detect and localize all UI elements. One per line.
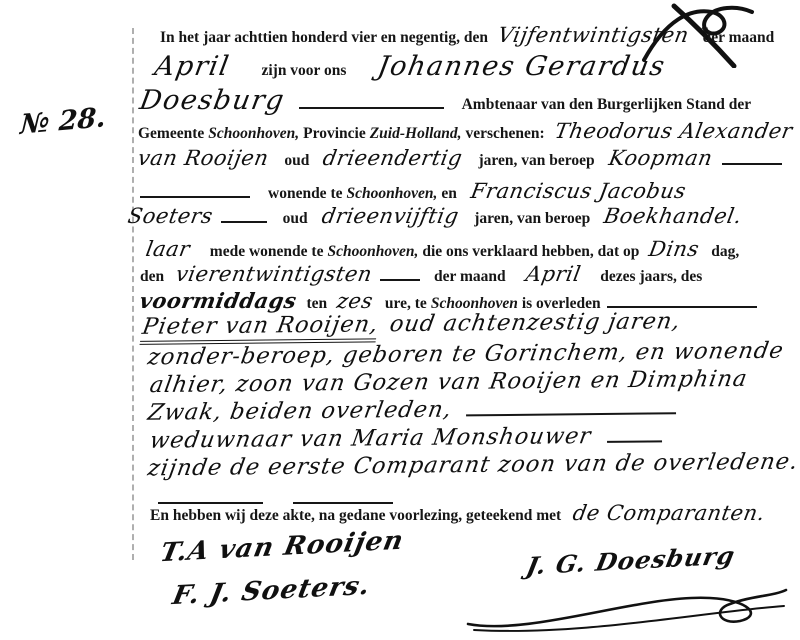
signature-comparant1: T.A van Rooijen <box>158 526 407 569</box>
printed-text: verschenen: <box>465 125 544 142</box>
act-line-official-surname: Doesburg Ambtenaar van den Burgerlijken … <box>140 86 751 116</box>
printed-text: ure, te <box>385 295 427 312</box>
handwritten-declarant2-surname: Soeters <box>126 205 215 228</box>
blank-line <box>722 149 782 165</box>
printed-text: Provincie <box>303 125 366 142</box>
printed-text: jaren, van beroep <box>478 152 594 169</box>
printed-text: wonende te <box>268 185 342 202</box>
blank-line <box>221 207 267 223</box>
handwritten-declarant1-age: drieendertig <box>321 147 464 170</box>
printed-text: mede wonende te <box>210 243 324 260</box>
act-line-declaration: laar mede wonende te Schoonhoven, die on… <box>146 238 739 261</box>
printed-text: den <box>140 268 164 285</box>
printed-text: jaren, van beroep <box>474 210 590 227</box>
handwritten-month: April <box>152 52 232 82</box>
handwritten-text: alhier, zoon van Gozen van Rooijen en Di… <box>148 367 749 398</box>
handwritten-official-surname: Doesburg <box>137 86 287 116</box>
act-line-residence1: wonende te Schoonhoven, en Franciscus Ja… <box>140 180 686 203</box>
blank-line <box>607 427 662 443</box>
printed-text: En hebben wij deze akte, na gedane voorl… <box>150 507 561 524</box>
act-line-relation: zijnde de eerste Comparant zoon van de o… <box>148 450 798 482</box>
act-line-year: In het jaar achttien honderd vier en neg… <box>160 24 774 47</box>
handwritten-deceased-age: oud achtenzestig jaren, <box>388 309 683 337</box>
handwritten-death-day: vierentwintigsten <box>174 263 374 286</box>
handwritten-declarant1-occupation: Koopman <box>607 147 714 170</box>
act-line-declarant1: van Rooijen oud drieendertig jaren, van … <box>138 147 782 170</box>
handwritten-declarant2-firstnames: Franciscus Jacobus <box>469 180 688 203</box>
blank-line <box>299 93 444 109</box>
act-line-death-date: den vierentwintigsten der maand April de… <box>140 263 702 286</box>
printed-text: zijn voor ons <box>261 62 346 79</box>
handwritten-text: zijnde de eerste Comparant zoon van de o… <box>146 450 800 482</box>
printed-text: Ambtenaar van den Burgerlijken Stand der <box>462 96 752 113</box>
act-line-municipality: Gemeente Schoonhoven, Provincie Zuid-Hol… <box>138 120 792 143</box>
act-line-month-official: April zijn voor ons Johannes Gerardus <box>155 52 666 82</box>
act-line-declarant2: Soeters oud drieenvijftig jaren, van ber… <box>128 205 742 228</box>
printed-province: Zuid-Holland, <box>370 125 462 142</box>
handwritten-text: weduwnaar van Maria Monshouwer <box>148 424 593 453</box>
printed-text: der maand <box>434 268 506 285</box>
signature-registrar: J. G. Doesburg <box>524 541 738 581</box>
act-line-widower: weduwnaar van Maria Monshouwer <box>150 423 662 453</box>
form-margin-rule <box>132 28 134 560</box>
act-number: № 28. <box>19 102 106 141</box>
printed-text: In het jaar achttien honderd vier en neg… <box>160 29 488 46</box>
handwritten-hour: zes <box>335 290 375 313</box>
death-record-page: № 28. * In het jaar achttien honderd vie… <box>0 0 800 640</box>
blank-line <box>607 292 757 308</box>
handwritten-weekday: Dins <box>647 238 701 261</box>
printed-text: ten <box>306 295 327 312</box>
printed-text: dezes jaars, des <box>600 268 702 285</box>
act-line-closing: En hebben wij deze akte, na gedane voorl… <box>150 502 765 525</box>
act-line-deceased-details: zonder-beroep, geboren te Gorinchem, en … <box>148 339 784 370</box>
act-line-mother: Zwak, beiden overleden, <box>148 395 676 425</box>
handwritten-daypart: voormiddags <box>138 289 299 312</box>
handwritten-official-firstnames: Johannes Gerardus <box>376 52 668 82</box>
handwritten-death-month: April <box>524 263 583 286</box>
printed-place: Schoonhoven, <box>346 185 437 202</box>
printed-text: die ons verklaard hebben, dat op <box>422 243 639 260</box>
handwritten-occupation-cont: laar <box>144 238 192 261</box>
printed-text: dag, <box>711 243 739 260</box>
printed-text: oud <box>284 152 309 169</box>
handwritten-closing: de Comparanten. <box>571 502 767 525</box>
printed-place: Schoonhoven, <box>208 125 299 142</box>
printed-text: der maand <box>703 29 775 46</box>
handwritten-declarant1-surname: van Rooijen <box>136 147 270 170</box>
signature-comparant2: F. J. Soeters. <box>170 571 373 611</box>
handwritten-declarant2-occupation: Boekhandel. <box>602 205 744 228</box>
blank-line <box>380 265 420 281</box>
printed-text: en <box>441 185 457 202</box>
handwritten-text: Zwak, beiden overleden, <box>146 398 454 426</box>
handwritten-day: Vijfentwintigsten <box>496 24 691 47</box>
handwritten-text: zonder-beroep, geboren te Gorinchem, en … <box>146 339 786 370</box>
blank-line <box>140 182 250 198</box>
handwritten-declarant1-firstnames: Theodorus Alexander <box>553 120 794 143</box>
signature-flourish-icon <box>462 578 792 636</box>
printed-place: Schoonhoven, <box>327 243 418 260</box>
printed-text: oud <box>283 210 308 227</box>
handwritten-declarant2-age: drieenvijftig <box>320 205 461 228</box>
handwritten-deceased-name: Pieter van Rooijen, <box>140 312 381 344</box>
printed-text: Gemeente <box>138 125 204 142</box>
act-line-parents: alhier, zoon van Gozen van Rooijen en Di… <box>150 367 748 398</box>
blank-line <box>466 399 676 417</box>
